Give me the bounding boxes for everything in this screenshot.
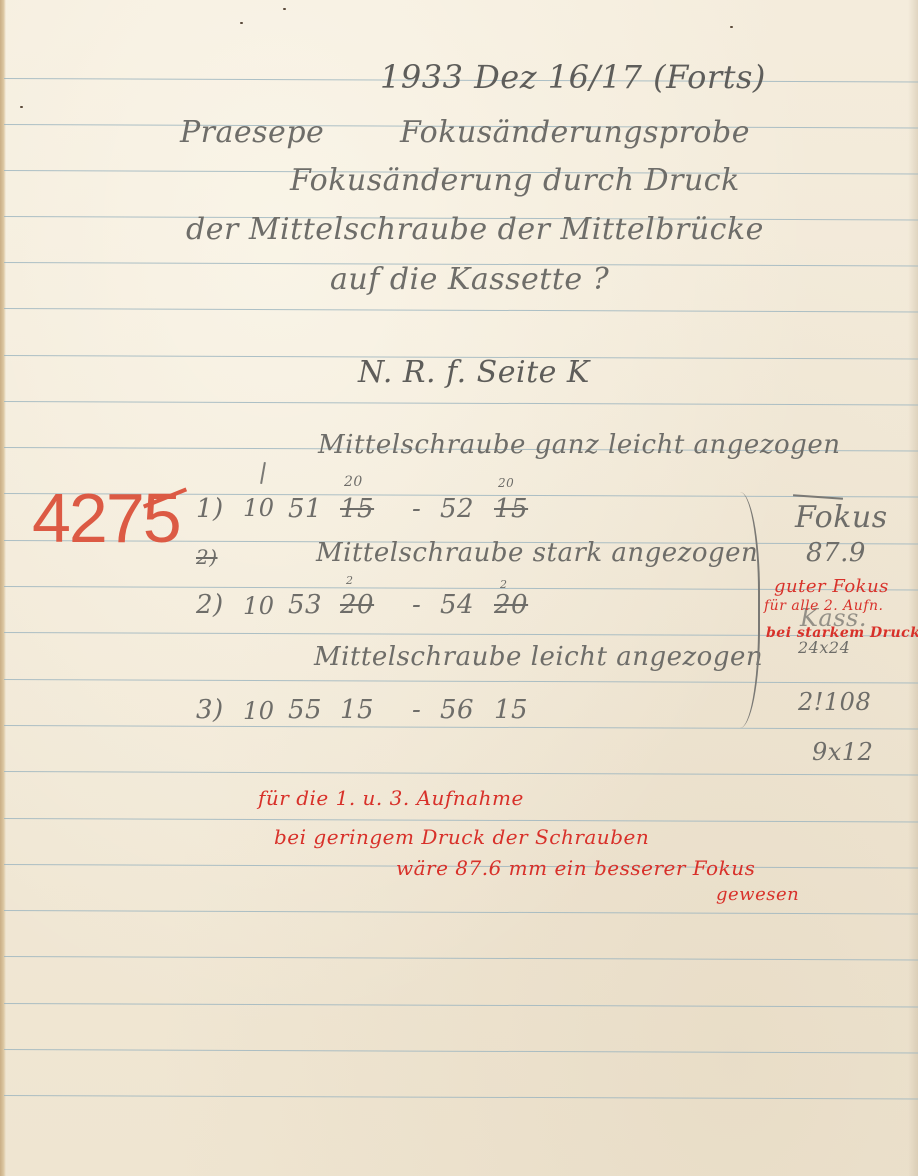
page-binding-edge bbox=[0, 0, 6, 1176]
paper-speck bbox=[283, 8, 286, 10]
ruled-line bbox=[4, 679, 918, 684]
exposure-2-start-min: 53 bbox=[288, 590, 322, 620]
exposure-2-start-sec-struck: 20 bbox=[340, 590, 374, 620]
exposure-2-struck-label: 2) bbox=[196, 545, 218, 569]
title-line-2: Fokusänderung durch Druck bbox=[290, 163, 740, 198]
exposure-3-condition: Mittelschraube leicht angezogen bbox=[314, 642, 763, 672]
test-title: Fokusänderungsprobe bbox=[400, 115, 750, 150]
notebook-page: 1933 Dez 16/17 (Forts) Praesepe Fokusänd… bbox=[0, 0, 918, 1176]
paper-speck bbox=[20, 106, 23, 108]
red-side-note-line-1: guter Fokus bbox=[774, 576, 889, 597]
ruled-line bbox=[4, 818, 918, 823]
ruled-line bbox=[4, 771, 918, 776]
exposure-1-hour: 10 bbox=[243, 494, 275, 522]
page-right-edge bbox=[908, 0, 918, 1176]
exposure-1-dash: - bbox=[412, 494, 421, 524]
ruled-line bbox=[4, 1049, 918, 1054]
exposure-1-start-sec-corrected: 20 bbox=[344, 474, 363, 490]
exposure-2-condition: Mittelschraube stark angezogen bbox=[316, 538, 758, 568]
exposure-1-start-sec-struck: 15 bbox=[340, 494, 374, 524]
exposure-3-end-sec: 15 bbox=[494, 695, 528, 725]
insertion-mark bbox=[260, 462, 266, 484]
title-line-4: auf die Kassette ? bbox=[330, 262, 609, 297]
exposure-1-start-min: 51 bbox=[288, 494, 322, 524]
header-date: Dez 16/17 bbox=[474, 58, 642, 96]
plate-number: 4275 bbox=[32, 478, 180, 558]
exposure-1-end-sec-struck: 15 bbox=[494, 494, 528, 524]
ruled-line bbox=[4, 308, 918, 313]
exposure-3-start-min: 55 bbox=[288, 695, 322, 725]
exposure-2-end-sec-corrected: 2 bbox=[500, 578, 508, 591]
red-footnote-line-3: wäre 87.6 mm ein besserer Fokus bbox=[396, 856, 755, 880]
focus-label: Fokus bbox=[795, 500, 888, 535]
exposure-3-label: 3) bbox=[196, 695, 224, 725]
instrument-label: N. R. f. Seite K bbox=[358, 355, 590, 390]
exposure-2-end-min: 54 bbox=[440, 590, 474, 620]
ruled-line bbox=[4, 725, 918, 730]
ruled-line bbox=[4, 1095, 918, 1100]
ruled-line bbox=[4, 956, 918, 961]
header-continuation: (Forts) bbox=[653, 58, 766, 96]
paper-speck bbox=[730, 26, 733, 28]
exposure-3-hour: 10 bbox=[243, 697, 275, 725]
exposure-2-start-sec-corrected: 2 bbox=[346, 574, 354, 587]
plate-size-2: 9x12 bbox=[812, 738, 873, 766]
exposure-3-start-sec: 15 bbox=[340, 695, 374, 725]
red-footnote-line-2: bei geringem Druck der Schrauben bbox=[274, 825, 649, 849]
exposure-2-label: 2) bbox=[196, 590, 224, 620]
exposure-3-end-min: 56 bbox=[440, 695, 474, 725]
exposure-1-end-min: 52 bbox=[440, 494, 474, 524]
grouping-bracket bbox=[740, 492, 760, 728]
exposure-1-end-sec-corrected: 20 bbox=[498, 476, 514, 490]
ruled-line bbox=[4, 1003, 918, 1008]
red-footnote-line-4: gewesen bbox=[716, 884, 799, 905]
plate-reference: 2!108 bbox=[798, 688, 871, 716]
header-year: 1933 bbox=[380, 58, 463, 96]
exposure-2-dash: - bbox=[412, 590, 421, 620]
ruled-line bbox=[4, 401, 918, 406]
exposure-2-end-sec-struck: 20 bbox=[494, 590, 528, 620]
red-side-note-line-2: für alle 2. Aufn. bbox=[764, 598, 883, 614]
red-side-note-line-3: bei starkem Druck bbox=[766, 625, 918, 641]
title-line-3: der Mittelschraube der Mittelbrücke bbox=[186, 212, 764, 247]
exposure-1-label: 1) bbox=[196, 494, 224, 524]
exposure-1-condition: Mittelschraube ganz leicht angezogen bbox=[318, 430, 840, 460]
focus-value: 87.9 bbox=[806, 538, 866, 568]
exposure-2-hour: 10 bbox=[243, 592, 275, 620]
paper-speck bbox=[240, 22, 243, 24]
exposure-3-dash: - bbox=[412, 695, 421, 725]
object-name: Praesepe bbox=[180, 115, 324, 150]
red-footnote-line-1: für die 1. u. 3. Aufnahme bbox=[258, 786, 524, 810]
entry-header: 1933 Dez 16/17 (Forts) bbox=[380, 58, 766, 96]
ruled-line bbox=[4, 910, 918, 915]
